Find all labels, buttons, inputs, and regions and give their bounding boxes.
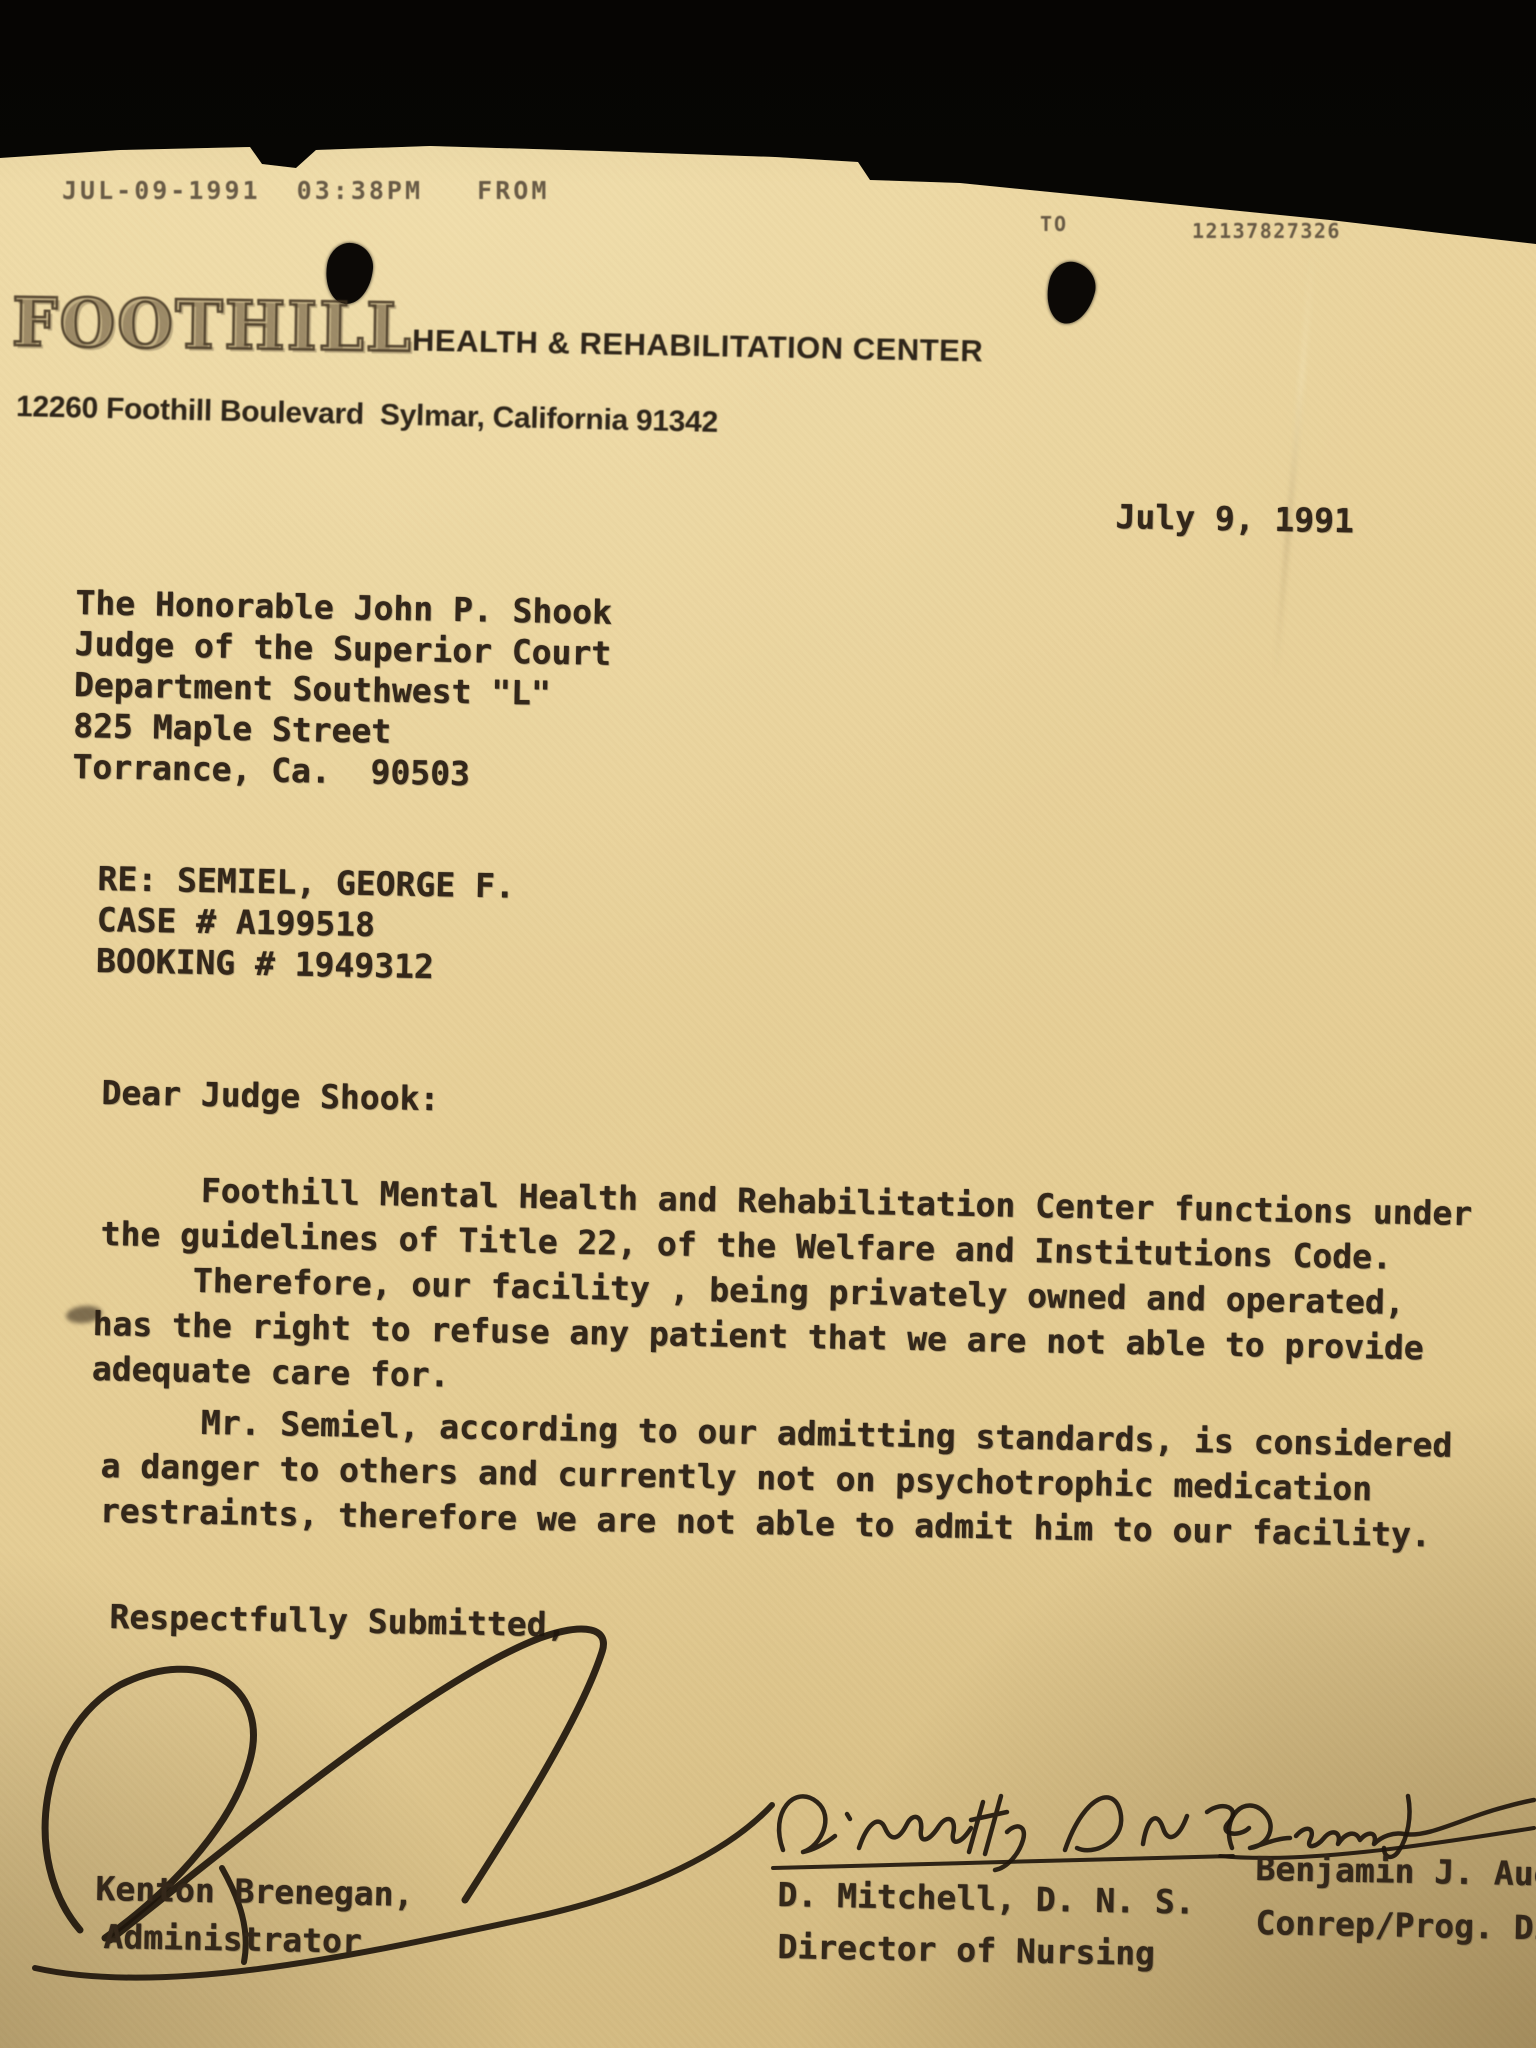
paper-crease bbox=[1273, 251, 1314, 680]
signer-name-auer: Benjamin J. Auer bbox=[1255, 1846, 1536, 1897]
fax-to-label: TO bbox=[1040, 212, 1068, 236]
salutation: Dear Judge Shook: bbox=[101, 1070, 440, 1121]
photo-background: JUL-09-1991 03:38PM FROM TO 12137827326 … bbox=[0, 0, 1536, 2048]
signer-name-mitchell: D. Mitchell, D. N. S. bbox=[777, 1872, 1195, 1925]
paragraph-2: Therefore, our facility , being privatel… bbox=[92, 1256, 1425, 1415]
letterhead-org-name: HEALTH & REHABILITATION CENTER bbox=[412, 323, 984, 370]
signer-title-brenegan: Administrator bbox=[103, 1914, 362, 1964]
letter-paper: JUL-09-1991 03:38PM FROM TO 12137827326 … bbox=[0, 0, 1536, 2048]
punch-hole-right bbox=[1040, 257, 1101, 329]
paragraph-3: Mr. Semiel, according to our admitting s… bbox=[100, 1398, 1453, 1558]
signature-mitchell-ink bbox=[755, 1772, 1255, 1882]
letter-date: July 9, 1991 bbox=[1115, 494, 1354, 543]
signer-title-mitchell: Director of Nursing bbox=[777, 1924, 1155, 1976]
fax-header-line: JUL-09-1991 03:38PM FROM bbox=[62, 176, 549, 205]
letterhead-logo: FOOTHILL bbox=[11, 284, 413, 368]
recipient-address-block: The Honorable John P. ShookJudge of the … bbox=[72, 582, 612, 797]
reference-block: RE: SEMIEL, GEORGE F.CASE # A199518BOOKI… bbox=[96, 858, 515, 989]
fax-number: 12137827326 bbox=[1192, 219, 1341, 243]
letterhead-address: 12260 Foothill Boulevard Sylmar, Califor… bbox=[16, 390, 719, 440]
signer-name-brenegan: Kenton Brenegan, bbox=[95, 1866, 414, 1917]
signer-title-auer: Conrep/Prog. Dir bbox=[1255, 1900, 1536, 1951]
